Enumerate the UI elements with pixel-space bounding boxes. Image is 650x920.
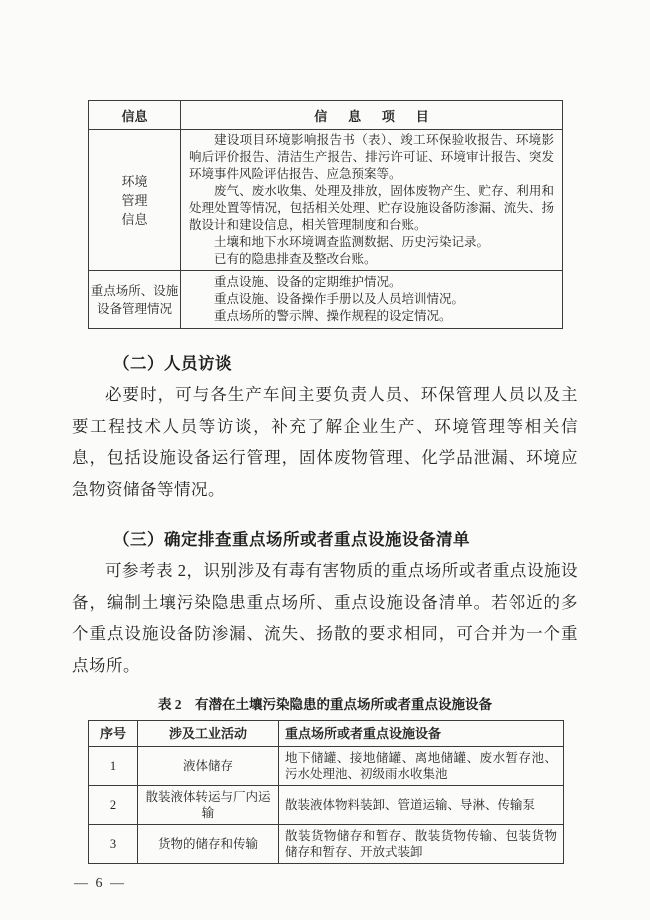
info-table-row-content-cell: 建设项目环境影响报告书（表）、竣工环保验收报告、环境影响后评价报告、清洁生产报告… [181,130,563,271]
document-page: 信息 信息项目 环境管理信息 建设项目环境影响报告书（表）、竣工环保验收报告、环… [0,0,650,920]
info-table-row-content-cell: 重点设施、设备的定期维护情况。 重点设施、设备操作手册以及人员培训情况。 重点场… [181,271,563,329]
info-table-row-environment: 环境管理信息 建设项目环境影响报告书（表）、竣工环保验收报告、环境影响后评价报告… [89,130,563,271]
info-item: 土壤和地下水环境调查监测数据、历史污染记录。 [189,234,554,251]
cell-activity: 散装液体转运与厂内运输 [138,786,279,825]
cell-key-sites: 散装货物储存和暂存、散装货物传输、包装货物储存和暂存、开放式装卸 [279,825,564,864]
key-sites-table: 序号 涉及工业活动 重点场所或者重点设施设备 1 液体储存 地下储罐、接地储罐、… [88,720,564,864]
info-table-header-items: 信息项目 [181,101,563,130]
section-body-interviews: 必要时，可与各生产车间主要负责人员、环保管理人员以及主要工程技术人员等访谈，补充… [72,379,578,505]
info-table-row-label-cell: 环境管理信息 [89,130,181,271]
info-item: 已有的隐患排查及整改台账。 [189,251,554,268]
section-heading-interviews: （二）人员访谈 [72,350,578,374]
header-industrial-activity: 涉及工业活动 [138,721,279,747]
info-table-header-info: 信息 [89,101,181,130]
cell-key-sites: 地下储罐、接地储罐、离地储罐、废水暂存池、污水处理池、初级雨水收集池 [279,747,564,786]
info-table: 信息 信息项目 环境管理信息 建设项目环境影响报告书（表）、竣工环保验收报告、环… [88,100,563,329]
cell-serial: 1 [89,747,138,786]
row-label: 环境管理信息 [120,172,150,229]
cell-activity: 液体储存 [138,747,279,786]
info-table-header-row: 信息 信息项目 [89,101,563,130]
key-sites-header-row: 序号 涉及工业活动 重点场所或者重点设施设备 [89,721,564,747]
row-label: 重点场所、设施设备管理情况 [91,282,179,318]
table2-caption: 表 2 有潜在土壤污染隐患的重点场所或者重点设施设备 [72,693,578,713]
page-content: 信息 信息项目 环境管理信息 建设项目环境影响报告书（表）、竣工环保验收报告、环… [0,0,650,892]
section-body-key-list: 可参考表 2，识别涉及有毒有害物质的重点场所或者重点设施设备，编制土壤污染隐患重… [72,555,578,681]
info-item: 建设项目环境影响报告书（表）、竣工环保验收报告、环境影响后评价报告、清洁生产报告… [189,132,554,183]
cell-key-sites: 散装液体物料装卸、管道运输、导淋、传输泵 [279,786,564,825]
info-item: 重点设施、设备的定期维护情况。 [189,274,554,291]
info-table-row-key-sites: 重点场所、设施设备管理情况 重点设施、设备的定期维护情况。 重点设施、设备操作手… [89,271,563,329]
table-row: 1 液体储存 地下储罐、接地储罐、离地储罐、废水暂存池、污水处理池、初级雨水收集… [89,747,564,786]
header-serial-number: 序号 [89,721,138,747]
header-key-sites: 重点场所或者重点设施设备 [279,721,564,747]
cell-activity: 货物的储存和传输 [138,825,279,864]
table-row: 3 货物的储存和传输 散装货物储存和暂存、散装货物传输、包装货物储存和暂存、开放… [89,825,564,864]
info-item: 重点设施、设备操作手册以及人员培训情况。 [189,291,554,308]
page-number: — 6 — [74,876,578,892]
cell-serial: 2 [89,786,138,825]
info-item: 废气、废水收集、处理及排放，固体废物产生、贮存、利用和处理处置等情况，包括相关处… [189,183,554,234]
info-item: 重点场所的警示牌、操作规程的设定情况。 [189,308,554,325]
info-table-row-label-cell: 重点场所、设施设备管理情况 [89,271,181,329]
table-row: 2 散装液体转运与厂内运输 散装液体物料装卸、管道运输、导淋、传输泵 [89,786,564,825]
section-heading-key-list: （三）确定排查重点场所或者重点设施设备清单 [72,526,578,550]
cell-serial: 3 [89,825,138,864]
